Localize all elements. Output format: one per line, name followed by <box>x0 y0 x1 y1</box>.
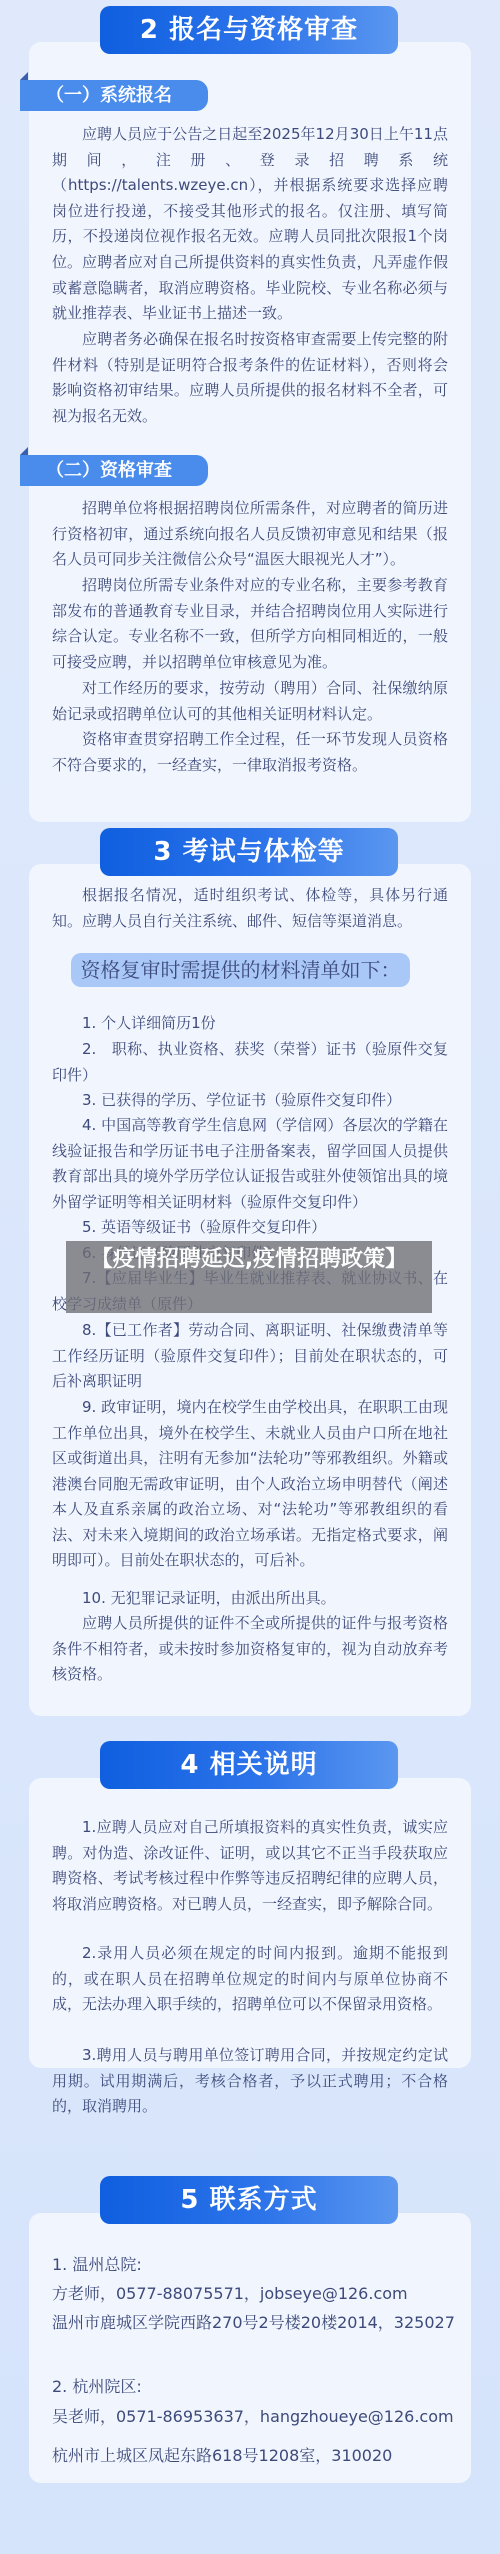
material-item-2: 2. 职称、执业资格、获奖（荣誉）证书（验原件交复印件） <box>52 1037 448 1088</box>
materials-list-heading: 资格复审时需提供的材料清单如下： <box>71 953 410 987</box>
notes-paragraph-1: 1.应聘人员应对自己所填报资料的真实性负责，诚实应聘。对伪造、涂改证件、证明，或… <box>52 1815 448 1917</box>
qualification-paragraph-4: 资格审查贯穿招聘工作全过程，任一环节发现人员资格不符合要求的，一经查实，一律取消… <box>52 727 448 778</box>
subsection-registration-tab: （一）系统报名 <box>20 80 208 111</box>
qualification-paragraph-1: 招聘单位将根据招聘岗位所需条件，对应聘者的简历进行资格初审，通过系统向报名人员反… <box>52 496 448 573</box>
material-item-8: 8.【已工作者】劳动合同、离职证明、社保缴费清单等工作经历证明（验原件交复印件）… <box>52 1318 448 1395</box>
material-item-10: 10. 无犯罪记录证明，由派出所出具。 <box>52 1586 448 1612</box>
qualification-paragraph-2: 招聘岗位所需专业条件对应的专业名称，主要参考教育部发布的普通教育专业目录，并结合… <box>52 573 448 675</box>
material-item-5: 5. 英语等级证书（验原件交复印件） <box>52 1215 448 1241</box>
material-item-9: 9. 政审证明，境内在校学生由学校出具，在职职工由现工作单位出具，境外在校学生、… <box>52 1395 448 1574</box>
article-title-overlay: 【疫情招聘延迟,疫情招聘政策】 <box>66 1241 432 1313</box>
contact-hangzhou-person[interactable]: 吴老师，0571-86953637，hangzhoueye@126.com <box>52 2402 454 2432</box>
contact-wenzhou-heading: 1. 温州总院: <box>52 2250 142 2280</box>
subsection-qualification-tab: （二）资格审查 <box>20 455 208 486</box>
contact-hangzhou-address: 杭州市上城区凤起东路618号1208室，310020 <box>52 2441 392 2471</box>
material-item-3: 3. 已获得的学历、学位证书（验原件交复印件） <box>52 1088 448 1114</box>
contact-hangzhou-heading: 2. 杭州院区: <box>52 2372 142 2402</box>
exam-intro: 根据报名情况，适时组织考试、体检等，具体另行通知。应聘人员自行关注系统、邮件、短… <box>52 883 448 934</box>
notes-paragraph-2: 2.录用人员必须在规定的时间内报到。逾期不能报到的，或在职人员在招聘单位规定的时… <box>52 1941 448 2018</box>
registration-paragraph-2: 应聘者应对自己所提供资料的真实性负责，凡弄虚作假或蓄意隐瞒者，取消应聘资格。毕业… <box>52 250 448 327</box>
section-5-title: 5 联系方式 <box>100 2176 398 2224</box>
qualification-paragraph-3: 对工作经历的要求，按劳动（聘用）合同、社保缴纳原始记录或招聘单位认可的其他相关证… <box>52 676 448 727</box>
registration-paragraph-3: 应聘者务必确保在报名时按资格审查需要上传完整的附件材料（特别是证明符合报考条件的… <box>52 327 448 429</box>
material-item-4: 4. 中国高等教育学生信息网（学信网）各层次的学籍在线验证报告和学历证书电子注册… <box>52 1113 448 1215</box>
contact-wenzhou-address: 温州市鹿城区学院西路270号2号楼20楼2014，325027 <box>52 2308 455 2338</box>
section-3-title: 3 考试与体检等 <box>100 828 398 876</box>
contact-wenzhou-person[interactable]: 方老师，0577-88075571，jobseye@126.com <box>52 2279 408 2309</box>
section-4-title: 4 相关说明 <box>100 1741 398 1789</box>
material-item-1: 1. 个人详细简历1份 <box>52 1011 448 1037</box>
notes-paragraph-3: 3.聘用人员与聘用单位签订聘用合同，并按规定约定试用期。试用期满后，考核合格者，… <box>52 2043 448 2120</box>
exam-outro: 应聘人员所提供的证件不全或所提供的证件与报考资格条件不相符者，或未按时参加资格复… <box>52 1611 448 1688</box>
section-2-title: 2 报名与资格审查 <box>100 6 398 54</box>
